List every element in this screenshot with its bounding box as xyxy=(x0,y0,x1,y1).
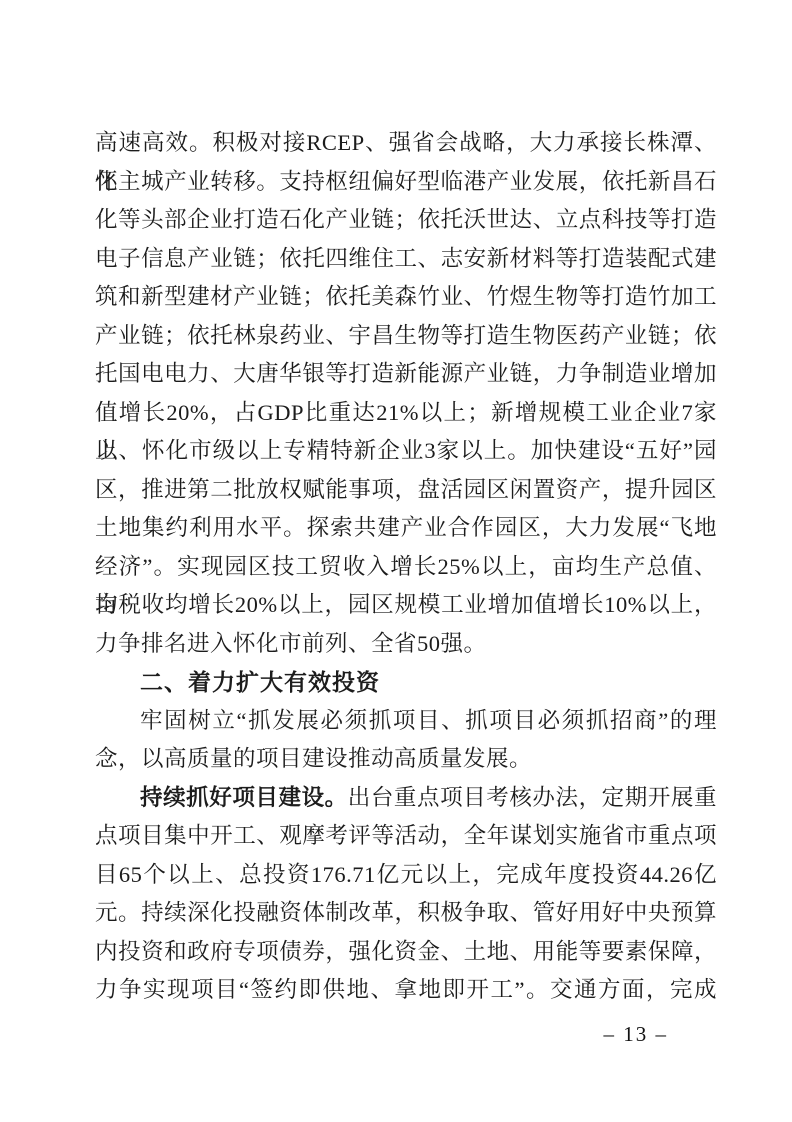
text-block: 高速高效。积极对接RCEP、强省会战略，大力承接长株潭、怀化主城产业转移。支持枢… xyxy=(95,124,717,1010)
text-line: 筑和新型建材产业链；依托美森竹业、竹煜生物等打造竹加工 xyxy=(95,278,717,317)
text-line: 点项目集中开工、观摩考评等活动，全年谋划实施省市重点项 xyxy=(95,817,717,856)
text-line: 化等头部企业打造石化产业链；依托沃世达、立点科技等打造 xyxy=(95,201,717,240)
text-line: 力争排名进入怀化市前列、全省50强。 xyxy=(95,625,717,664)
line-text: 土地集约利用水平。探索共建产业合作园区，大力发展“飞地 xyxy=(95,515,717,540)
line-text: 二、着力扩大有效投资 xyxy=(140,669,380,695)
text-line: 高速高效。积极对接RCEP、强省会战略，大力承接长株潭、怀 xyxy=(95,124,717,163)
section-heading: 二、着力扩大有效投资 xyxy=(95,663,717,702)
text-line: 电子信息产业链；依托四维住工、志安新材料等打造装配式建 xyxy=(95,240,717,279)
line-text: 筑和新型建材产业链；依托美森竹业、竹煜生物等打造竹加工 xyxy=(95,284,717,309)
line-text: 念，以高质量的项目建设推动高质量发展。 xyxy=(95,746,532,771)
line-text: 力争实现项目“签约即供地、拿地即开工”。交通方面，完成 xyxy=(95,977,717,1002)
text-line: 元。持续深化投融资体制改革，积极争取、管好用好中央预算 xyxy=(95,894,717,933)
text-line: 牢固树立“抓发展必须抓项目、抓项目必须抓招商”的理 xyxy=(95,702,717,741)
text-line: 目65个以上、总投资176.71亿元以上，完成年度投资44.26亿 xyxy=(95,856,717,895)
text-line: 持续抓好项目建设。出台重点项目考核办法，定期开展重 xyxy=(95,779,717,818)
line-text: 点项目集中开工、观摩考评等活动，全年谋划实施省市重点项 xyxy=(95,823,717,848)
text-line: 托国电电力、大唐华银等打造新能源产业链，力争制造业增加 xyxy=(95,355,717,394)
line-text: 区，推进第二批放权赋能事项，盘活园区闲置资产，提升园区 xyxy=(95,477,717,502)
text-line: 产业链；依托林泉药业、宇昌生物等打造生物医药产业链；依 xyxy=(95,317,717,356)
bold-lead-text: 持续抓好项目建设。 xyxy=(140,785,348,810)
document-page: 高速高效。积极对接RCEP、强省会战略，大力承接长株潭、怀化主城产业转移。支持枢… xyxy=(0,0,792,1122)
text-line: 区，推进第二批放权赋能事项，盘活园区闲置资产，提升园区 xyxy=(95,471,717,510)
text-line: 念，以高质量的项目建设推动高质量发展。 xyxy=(95,740,717,779)
text-line: 力争实现项目“签约即供地、拿地即开工”。交通方面，完成 xyxy=(95,971,717,1010)
text-line: 上、怀化市级以上专精特新企业3家以上。加快建设“五好”园 xyxy=(95,432,717,471)
text-line: 均税收均增长20%以上，园区规模工业增加值增长10%以上， xyxy=(95,586,717,625)
text-line: 内投资和政府专项债券，强化资金、土地、用能等要素保障， xyxy=(95,933,717,972)
text-line: 经济”。实现园区技工贸收入增长25%以上，亩均生产总值、亩 xyxy=(95,548,717,587)
text-line: 值增长20%，占GDP比重达21%以上；新增规模工业企业7家以 xyxy=(95,394,717,433)
line-text: 托国电电力、大唐华银等打造新能源产业链，力争制造业增加 xyxy=(95,361,717,386)
line-text: 化主城产业转移。支持枢纽偏好型临港产业发展，依托新昌石 xyxy=(95,169,717,194)
line-text: 电子信息产业链；依托四维住工、志安新材料等打造装配式建 xyxy=(95,246,717,271)
text-line: 化主城产业转移。支持枢纽偏好型临港产业发展，依托新昌石 xyxy=(95,163,717,202)
line-text: 均税收均增长20%以上，园区规模工业增加值增长10%以上， xyxy=(95,592,717,617)
line-text: 内投资和政府专项债券，强化资金、土地、用能等要素保障， xyxy=(95,939,717,964)
page-number: – 13 – xyxy=(0,1022,668,1047)
line-text: 目65个以上、总投资176.71亿元以上，完成年度投资44.26亿 xyxy=(95,862,717,887)
line-text: 化等头部企业打造石化产业链；依托沃世达、立点科技等打造 xyxy=(95,207,717,232)
text-line: 土地集约利用水平。探索共建产业合作园区，大力发展“飞地 xyxy=(95,509,717,548)
line-text: 元。持续深化投融资体制改革，积极争取、管好用好中央预算 xyxy=(95,900,717,925)
line-text: 牢固树立“抓发展必须抓项目、抓项目必须抓招商”的理 xyxy=(140,708,717,733)
line-text: 力争排名进入怀化市前列、全省50强。 xyxy=(95,631,487,656)
line-text: 产业链；依托林泉药业、宇昌生物等打造生物医药产业链；依 xyxy=(95,323,717,348)
line-text: 上、怀化市级以上专精特新企业3家以上。加快建设“五好”园 xyxy=(95,438,717,463)
line-text: 出台重点项目考核办法，定期开展重 xyxy=(348,785,717,810)
